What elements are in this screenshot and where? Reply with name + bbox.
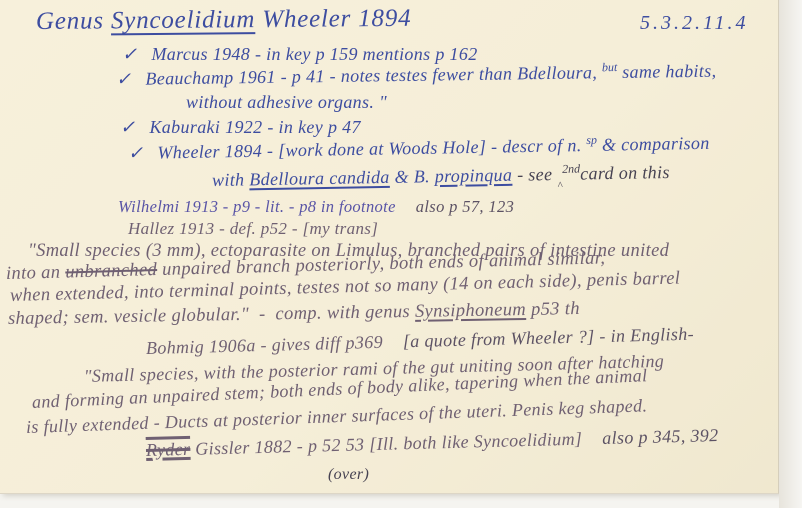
entry-wheeler-insertion: sp [586, 133, 597, 147]
ref-gissler-text: Gissler 1882 - p 52 53 [Ill. both like S… [190, 429, 582, 459]
ref-bohmig-text: Bohmig 1906a - gives diff p369 [146, 332, 383, 358]
see-card-insertion: 2nd [562, 162, 580, 176]
index-card: Genus Syncoelidium Wheeler 1894 5.3.2.11… [0, 0, 779, 494]
card-number: 5.3.2.11.4 [640, 12, 749, 35]
entry-wheeler-text: Wheeler 1894 - [work done at Woods Hole]… [157, 135, 586, 162]
wrap-pre: with [212, 169, 250, 190]
checkmark-icon: ✓ [116, 69, 132, 90]
genus-synsiphoneum: Synsiphoneum [415, 300, 526, 322]
ref-wilhelmi-also: also p 57, 123 [416, 197, 514, 216]
entry-kaburaki: ✓Kaburaki 1922 - in key p 47 [120, 117, 361, 138]
entry-wheeler-wrap: with Bdelloura candida & B. propinqua - … [212, 160, 670, 191]
entry-beauchamp-wrap: without adhesive organs. " [186, 92, 387, 113]
title-prefix: Genus [36, 7, 111, 35]
species-propinqua: propinqua [435, 165, 513, 186]
scribbled-out-name: Ryder [146, 439, 191, 460]
genus-title: Genus Syncoelidium Wheeler 1894 [36, 5, 412, 36]
title-author-year: Wheeler 1894 [255, 5, 411, 33]
over-note: (over) [328, 466, 369, 484]
wrap-dash: - see [512, 164, 557, 185]
entry-wheeler-text-cont: & comparison [597, 133, 710, 155]
entry-beauchamp-text-cont: same habits, [617, 61, 716, 82]
scanned-index-card: Genus Syncoelidium Wheeler 1894 5.3.2.11… [0, 0, 802, 508]
title-genus-name: Syncoelidium [111, 6, 256, 34]
ref-gissler-also: also p 345, 392 [602, 425, 719, 448]
entry-beauchamp-insertion: but [602, 60, 618, 74]
quote-end: shaped; sem. vesicle globular." - comp. … [8, 302, 415, 329]
binomial-bdelloura-candida: Bdelloura candida [249, 167, 390, 189]
checkmark-icon: ✓ [122, 44, 137, 65]
ref-bohmig-bracket: [a quote from Wheeler ?] - in English- [403, 324, 695, 352]
entry-kaburaki-text: Kaburaki 1922 - in key p 47 [149, 117, 360, 137]
caret-mark: ^ [557, 180, 562, 192]
entry-marcus-text: Marcus 1948 - in key p 159 mentions p 16… [151, 44, 477, 64]
quote-page-ref: p53 th [526, 299, 580, 320]
ref-wilhelmi: Wilhelmi 1913 - p9 - lit. - p8 in footno… [118, 197, 514, 217]
checkmark-icon: ✓ [120, 117, 135, 138]
scanner-background [779, 0, 802, 508]
wrap-mid: & B. [390, 166, 435, 187]
ref-hallez: Hallez 1913 - def. p52 - [my trans] [128, 219, 378, 239]
wrap-end: card on this [580, 162, 670, 184]
ref-wilhelmi-text: Wilhelmi 1913 - p9 - lit. - p8 in footno… [118, 197, 396, 216]
checkmark-icon: ✓ [128, 143, 144, 164]
crossed-out-word: unbranched [65, 260, 157, 282]
entry-beauchamp-text: Beauchamp 1961 - p 41 - notes testes few… [145, 62, 602, 88]
quote-pre: into an [6, 262, 66, 284]
